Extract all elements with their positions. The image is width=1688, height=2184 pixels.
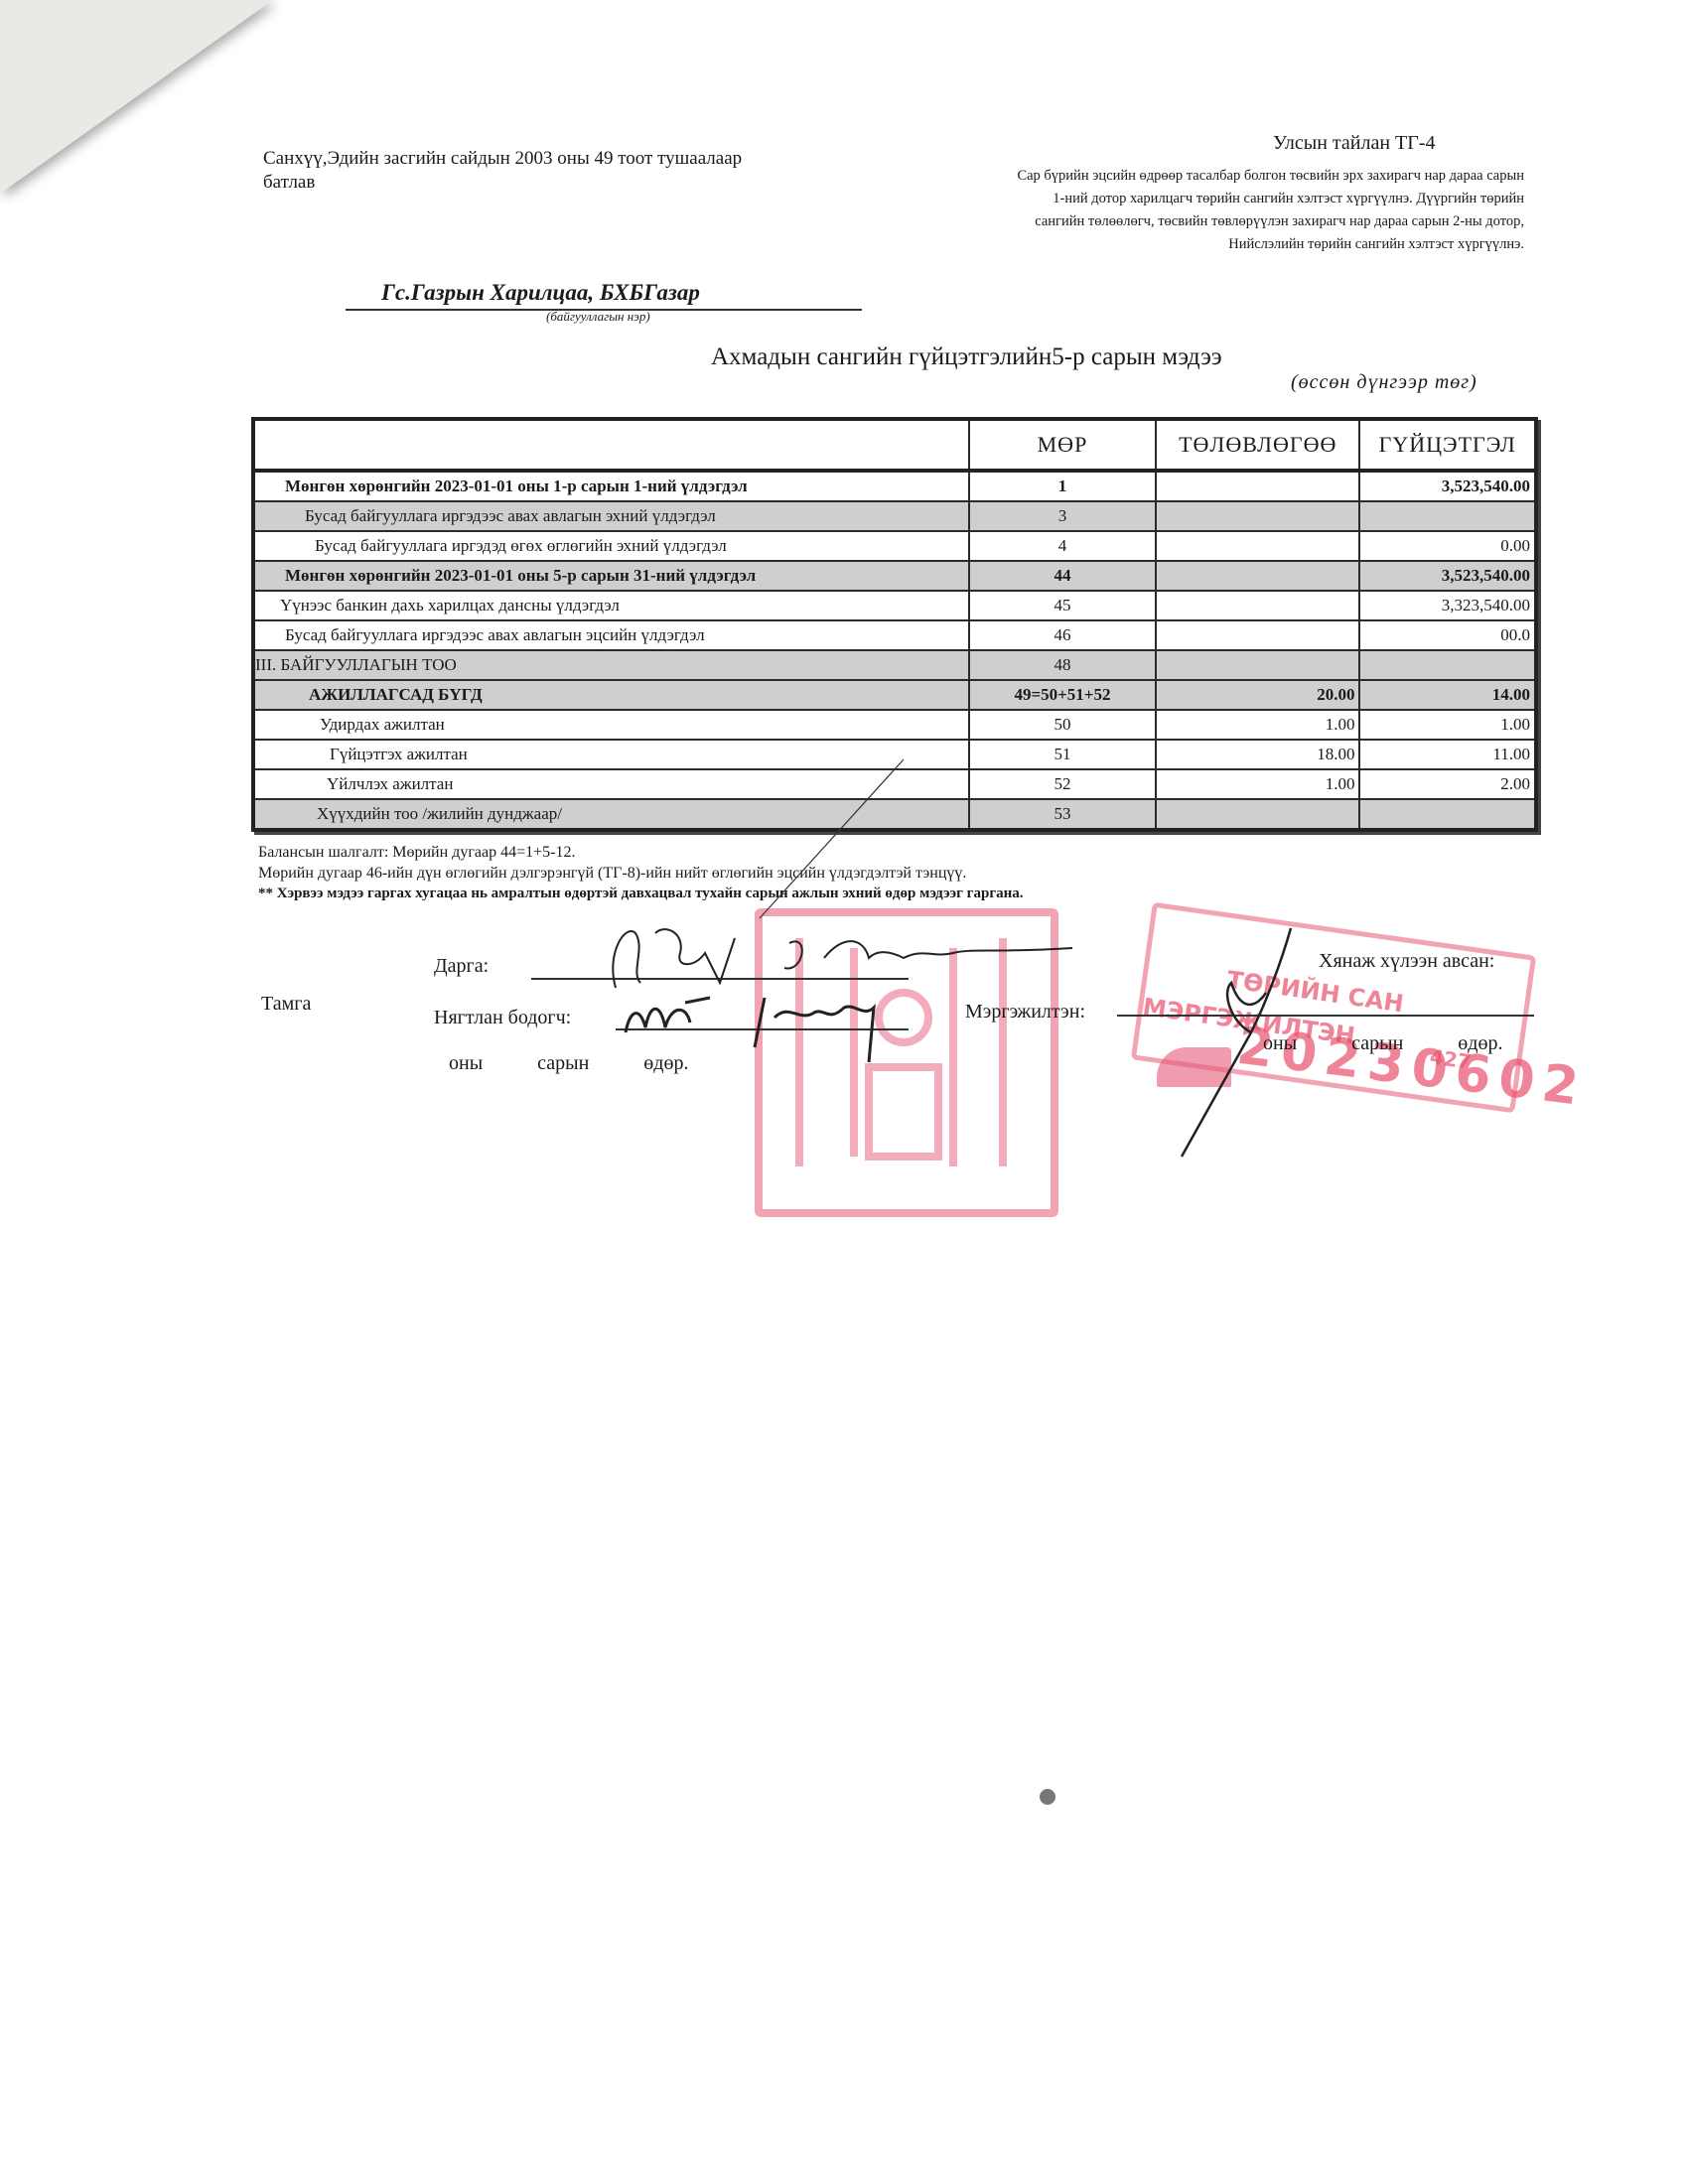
plan-value [1156,650,1360,680]
row-label: Бусад байгууллага иргэдээс авах авлагын … [253,620,969,650]
row-number: 45 [969,591,1156,620]
plan-value [1156,620,1360,650]
table-header-row: МӨР ТӨЛӨВЛӨГӨӨ ГҮЙЦЭТГЭЛ [253,419,1536,471]
unit-note: (өссөн дүнгээр төг) [1291,371,1477,394]
paper-speck [1040,1789,1055,1805]
column-header-label [253,419,969,471]
row-number: 51 [969,740,1156,769]
row-number: 50 [969,710,1156,740]
plan-value [1156,561,1360,591]
report-code: Улсын тайлан ТГ-4 [1273,132,1435,155]
actual-value: 1.00 [1359,710,1536,740]
actual-value: 3,323,540.00 [1359,591,1536,620]
approval-line: батлав [263,171,819,195]
approval-note: Санхүү,Эдийн засгийн сайдын 2003 оны 49 … [263,147,819,195]
actual-value [1359,650,1536,680]
plan-value: 20.00 [1156,680,1360,710]
pen-stroke [755,754,914,923]
row-number: 44 [969,561,1156,591]
table-row: АЖИЛЛАГСАД БҮГД49=50+51+5220.0014.00 [253,680,1536,710]
table-row: Үүнээс банкин дахь харилцах дансны үлдэг… [253,591,1536,620]
table-row: Бусад байгууллага иргэдээс авах авлагын … [253,620,1536,650]
plan-value: 18.00 [1156,740,1360,769]
column-header-actual: ГҮЙЦЭТГЭЛ [1359,419,1536,471]
row-label: III. БАЙГУУЛЛАГЫН ТОО [253,650,969,680]
instructions: Сар бүрийн эцсийн өдрөөр тасалбар болгон… [879,165,1524,256]
stamp-label: Тамга [261,993,311,1016]
approval-line: Санхүү,Эдийн засгийн сайдын 2003 оны 49 … [263,147,819,171]
date-year-label: оны [449,1052,483,1074]
accountant-label: Нягтлан бодогч: [434,1007,571,1029]
row-number: 46 [969,620,1156,650]
row-label: Бусад байгууллага иргэдээс авах авлагын … [253,501,969,531]
table-row: Мөнгөн хөрөнгийн 2023-01-01 оны 5-р сары… [253,561,1536,591]
director-label: Дарга: [434,955,489,978]
actual-value: 3,523,540.00 [1359,471,1536,501]
row-number: 52 [969,769,1156,799]
row-number: 3 [969,501,1156,531]
table-row: Бусад байгууллага иргэдээс авах авлагын … [253,501,1536,531]
row-number: 48 [969,650,1156,680]
plan-value [1156,591,1360,620]
row-number: 49=50+51+52 [969,680,1156,710]
page-fold-corner [0,0,273,194]
actual-value: 00.0 [1359,620,1536,650]
row-number: 53 [969,799,1156,830]
date-month-label: сарын [1351,1032,1403,1054]
table-row: Мөнгөн хөрөнгийн 2023-01-01 оны 1-р сары… [253,471,1536,501]
organization-caption: (байгууллагын нэр) [546,309,650,325]
row-label: Мөнгөн хөрөнгийн 2023-01-01 оны 1-р сары… [253,471,969,501]
plan-value: 1.00 [1156,710,1360,740]
actual-value: 0.00 [1359,531,1536,561]
row-number: 4 [969,531,1156,561]
table-row: Удирдах ажилтан501.001.00 [253,710,1536,740]
document-title: Ахмадын сангийн гүйцэтгэлийн5-р сарын мэ… [711,343,1222,371]
instruction-line: Нийслэлийн төрийн сангийн хэлтэст хүргүү… [879,233,1524,256]
table-row: III. БАЙГУУЛЛАГЫН ТОО48 [253,650,1536,680]
instruction-line: 1-ний дотор харилцагч төрийн сангийн хэл… [879,188,1524,210]
organization-name: Гс.Газрын Харилцаа, БХБГазар [346,280,862,311]
instruction-line: сангийн төлөөлөгч, төсвийн төвлөрүүлэн з… [879,210,1524,233]
instruction-line: Сар бүрийн эцсийн өдрөөр тасалбар болгон… [879,165,1524,188]
accountant-signature [616,978,914,1087]
reviewed-label: Хянаж хүлээн авсан: [1319,950,1494,973]
plan-value: 1.00 [1156,769,1360,799]
column-header-row: МӨР [969,419,1156,471]
plan-value [1156,471,1360,501]
specialist-signature [1172,923,1311,1161]
actual-value [1359,501,1536,531]
column-header-plan: ТӨЛӨВЛӨГӨӨ [1156,419,1360,471]
row-label: АЖИЛЛАГСАД БҮГД [253,680,969,710]
actual-value [1359,799,1536,830]
date-month-label: сарын [537,1052,589,1074]
plan-value [1156,531,1360,561]
row-number: 1 [969,471,1156,501]
plan-value [1156,501,1360,531]
actual-value: 2.00 [1359,769,1536,799]
actual-value: 3,523,540.00 [1359,561,1536,591]
plan-value [1156,799,1360,830]
date-day-label: өдөр. [1458,1032,1502,1054]
row-label: Бусад байгууллага иргэдэд өгөх өглөгийн … [253,531,969,561]
specialist-label: Мэргэжилтэн: [965,1001,1085,1024]
row-label: Удирдах ажилтан [253,710,969,740]
row-label: Мөнгөн хөрөнгийн 2023-01-01 оны 5-р сары… [253,561,969,591]
table-row: Бусад байгууллага иргэдэд өгөх өглөгийн … [253,531,1536,561]
actual-value: 11.00 [1359,740,1536,769]
row-label: Үүнээс банкин дахь харилцах дансны үлдэг… [253,591,969,620]
actual-value: 14.00 [1359,680,1536,710]
